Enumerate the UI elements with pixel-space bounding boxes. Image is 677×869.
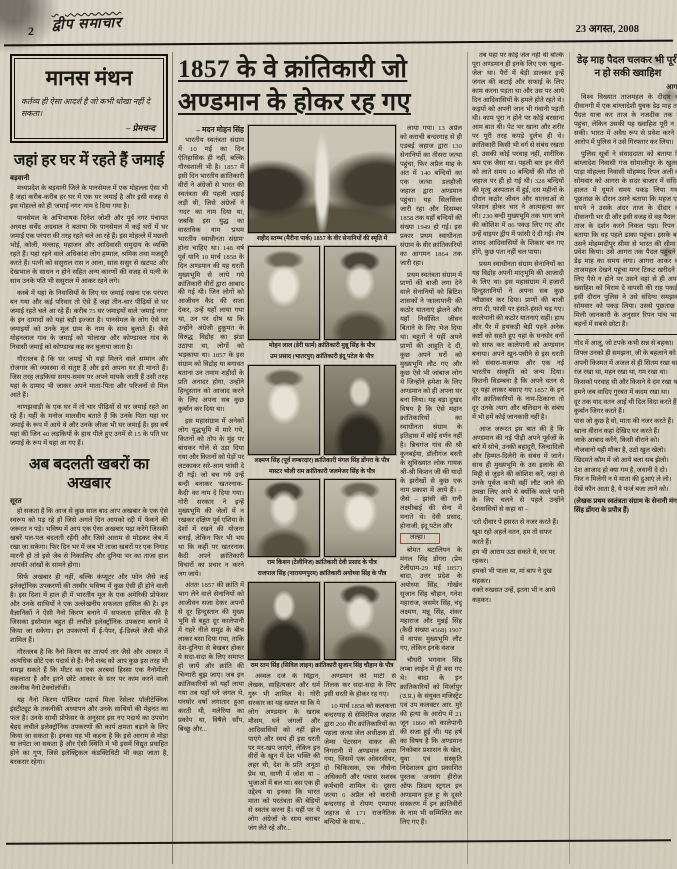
section-divider-rule [574, 334, 677, 335]
photo-caption: लक्ष्मण सिंह (पूर्व लम्बरदार) क्रांतिकार… [248, 457, 396, 465]
manas-manthan-inner: मानस मंथन कर्तव्य ही ऐसा आदर्श है जो कभी… [14, 58, 164, 139]
header-rule [4, 40, 673, 47]
under-photo-col-right: अण्डमान की माटी से तिलक कर सदा-सदा के लि… [324, 673, 396, 837]
manas-quote: कर्तव्य ही ऐसा आदर्श है जो कभी धोखा नहीं… [21, 96, 157, 120]
memorial-photo [248, 125, 396, 233]
photo-caption: शहीद स्तम्भ (मैरीना पार्क) 1857 के वीर स… [248, 235, 396, 243]
photo-caption: राम किशन (टेलीनिज) क्रांतिकारी देवी प्रस… [248, 559, 396, 567]
right-column: डेढ़ माह पैदल चलकर भी पूरी न हो सकी ख्वा… [569, 52, 677, 864]
main-story-col4: तब यहां पर कोई जेल नहीं थी बल्कि पूरा अण… [467, 52, 564, 864]
under-photo-columns: अव्वल दर्जे के विद्वान, लेखक, साहित्यकार… [248, 673, 396, 837]
paragraph-text: प्रथम स्वतंत्रता संग्राम में प्राणों की … [400, 272, 462, 530]
paragraph: लाया गया। 13 अप्रैल को कराची बन्दरगाह से… [400, 125, 462, 269]
red-annotation-box: लल्हा। [400, 533, 440, 544]
paragraph: तब यहां पर कोई जेल नहीं थी बल्कि पूरा अण… [472, 52, 564, 258]
photo-caption: राजपाल सिंह (नारायणपुरम) क्रांतिकारी अयो… [248, 570, 396, 578]
story-akhbar-body: हो सकता है कि आज से कुछ साल बाद आप अखबार… [10, 508, 168, 768]
story-taj-dateline: आगरा [574, 83, 677, 92]
photo-pair-4 [248, 582, 396, 660]
manas-quote-author: – प्रेमचन्द [21, 123, 155, 134]
main-story-columns: – मदन मोहन सिंह भारतीय स्वतंत्रता संग्रा… [178, 125, 462, 837]
paragraph: प्रथम स्वतंत्रता संग्राम में प्राणों की … [400, 272, 462, 544]
photo-pair-3 [248, 479, 396, 557]
paragraph: चौधरी भगवान सिंह लम्बा लाईन में ही बस गए… [400, 657, 462, 827]
photo-pair-2 [248, 365, 396, 455]
story-akhbar: अब बदलती खबरों का अखबार सूरत हो सकता है … [10, 455, 168, 769]
under-photo-col-left: अव्वल दर्जे के विद्वान, लेखक, साहित्यकार… [248, 673, 320, 837]
portrait-photo [248, 479, 320, 557]
photo-caption: राम रतन सिंह (सिविल लाइन) क्रांतिकारी सु… [248, 662, 396, 670]
masthead-logo: द्वीप समाचार [52, 13, 122, 34]
photo-column: शहीद स्तम्भ (मैरीना पार्क) 1857 के वीर स… [248, 125, 396, 837]
manas-manthan-title: मानस मंथन [21, 64, 157, 92]
photo-caption: उम प्रसाद (भातरपुर) क्रांतिकारी इंदू पटे… [248, 353, 396, 361]
main-headline-line2: अण्डमान के होकर रह गए [178, 89, 411, 116]
content-columns: मानस मंथन कर्तव्य ही ऐसा आदर्श है जो कभी… [0, 46, 677, 864]
paragraph: विश्व विख्यात ताजमहल के दीदार की दीवानगी… [574, 94, 677, 148]
portrait-photo [248, 246, 320, 340]
poem-fragment-2: गोद में आलू, जो टपके कभी सन्न से बहका। त… [574, 339, 677, 495]
story-akhbar-heading: अब बदलती खबरों का अखबार [10, 455, 168, 494]
paragraph: अण्डमान की माटी से तिलक कर सदा-सदा के लि… [324, 673, 396, 700]
paragraph: 10 मार्च 1858 को कलकत्ता बन्दरगाह से सेम… [324, 703, 396, 829]
paragraph: नाणझवाड़ी के एक घर में तो चार पीढ़ियों स… [10, 404, 168, 449]
paragraph: पुलिस सूत्रों ने संवाददाता को बताया कि ब… [574, 151, 677, 330]
paragraph: बोमत बटालियन के मंगल सिंह डोंगरा (प्रेम … [400, 547, 462, 655]
paragraph: अंततः 1857 की क्रांति में भाग लेने वाले … [178, 582, 244, 734]
paragraph: यह नैनो किरण पॉलिमर पदार्थ मिला रेंसेलर … [10, 697, 168, 769]
story-taj-body: विश्व विख्यात ताजमहल के दीदार की दीवानगी… [574, 94, 677, 330]
paragraph: मध्यप्रदेश के बड़वानी जिले के पानसेमल मे… [10, 185, 168, 212]
main-story-col1: – मदन मोहन सिंह भारतीय स्वतंत्रता संग्रा… [178, 125, 244, 837]
newspaper-page: 2 द्वीप समाचार 23 अगस्त, 2008 मानस मंथन … [0, 0, 677, 869]
paragraph: हो सकता है कि आज से कुछ साल बाद आप अखबार… [10, 508, 168, 571]
manas-manthan-box: मानस मंथन कर्तव्य ही ऐसा आदर्श है जो कभी… [10, 54, 168, 143]
story-jamai-body: मध्यप्रदेश के बड़वानी जिले के पानसेमल मे… [10, 185, 168, 448]
main-headline-line1: 1857 के वे क्रांतिकारी जो [178, 56, 407, 83]
story-taj-heading: डेढ़ माह पैदल चलकर भी पूरी न हो सकी ख्वा… [574, 54, 677, 80]
paragraph: अव्वल दर्जे के विद्वान, लेखक, साहित्यकार… [248, 673, 320, 834]
author-note: (लेखक प्रथम स्वतंत्रता संग्राम के सेनानी… [574, 497, 677, 516]
main-story: 1857 के वे क्रांतिकारी जो अण्डमान के होक… [178, 52, 462, 864]
paragraph: इस महासंग्राम में अनेकों लोग युद्धभूमि म… [178, 418, 244, 579]
main-story-col4-body: तब यहां पर कोई जेल नहीं थी बल्कि पूरा अण… [472, 52, 564, 515]
page-number: 2 [28, 24, 34, 39]
story-taj: डेढ़ माह पैदल चलकर भी पूरी न हो सकी ख्वा… [574, 54, 677, 330]
main-headline: 1857 के वे क्रांतिकारी जो अण्डमान के होक… [178, 54, 462, 119]
paragraph: पानसेमल के अभिभाषक दिनेश जोशी और पूर्व न… [10, 215, 168, 287]
portrait-photo [248, 582, 320, 660]
story-akhbar-dateline: सूरत [10, 497, 168, 506]
paragraph: प्रथम स्वाधीनता संग्राम सेनानियों का यह … [472, 261, 564, 422]
poem-fragment-1: 'दरो दीवार पे हसरत से नजर करते हैं। खुश … [472, 518, 564, 605]
paragraph: गौरतलब है कि नैनो किरण का तात्पर्य तार ज… [10, 649, 168, 694]
story-jamai-dateline: बड़वानी [10, 174, 168, 183]
page-header: 2 द्वीप समाचार 23 अगस्त, 2008 [0, 0, 677, 46]
main-story-col3: लाया गया। 13 अप्रैल को कराची बन्दरगाह से… [400, 125, 462, 837]
main-story-col1-body: भारतीय स्वतंत्रता संग्राम में 10 मई का द… [178, 137, 244, 735]
paragraph: गौरतलब है कि घर जमाई भी यहां मिलने वाले … [10, 356, 168, 401]
portrait-photo [324, 246, 396, 340]
paragraph: आज जरूरत इस बात की है कि अण्डमान की नई प… [472, 426, 564, 516]
paragraph: भारतीय स्वतंत्रता संग्राम में 10 मई का द… [178, 137, 244, 415]
photo-pair-1 [248, 246, 396, 340]
photo-caption: मोहन लाल (डेरी फार्म) क्रांतिकारी मुन्नू… [248, 342, 396, 350]
portrait-photo [324, 582, 396, 660]
portrait-photo [248, 365, 320, 455]
paragraph: कस्बे में यहां के निवासियों के लिए घर जम… [10, 290, 168, 353]
story-jamai: जहां हर घर में रहते हैं जमाई बड़वानी मध्… [10, 151, 168, 449]
story-jamai-heading: जहां हर घर में रहते हैं जमाई [10, 151, 168, 170]
photo-caption: मास्टर भोली राम क्रांतिकारी जलमेजर सिंह … [248, 468, 396, 476]
paragraph: सिर्फ अखबार ही नहीं, बल्कि कंप्यूटर और फ… [10, 574, 168, 646]
main-story-byline: – मदन मोहन सिंह [178, 125, 244, 135]
portrait-photo [324, 365, 396, 455]
left-column: मानस मंथन कर्तव्य ही ऐसा आदर्श है जो कभी… [10, 52, 173, 864]
portrait-photo [324, 479, 396, 557]
edition-date: 23 अगस्त, 2008 [576, 22, 639, 36]
